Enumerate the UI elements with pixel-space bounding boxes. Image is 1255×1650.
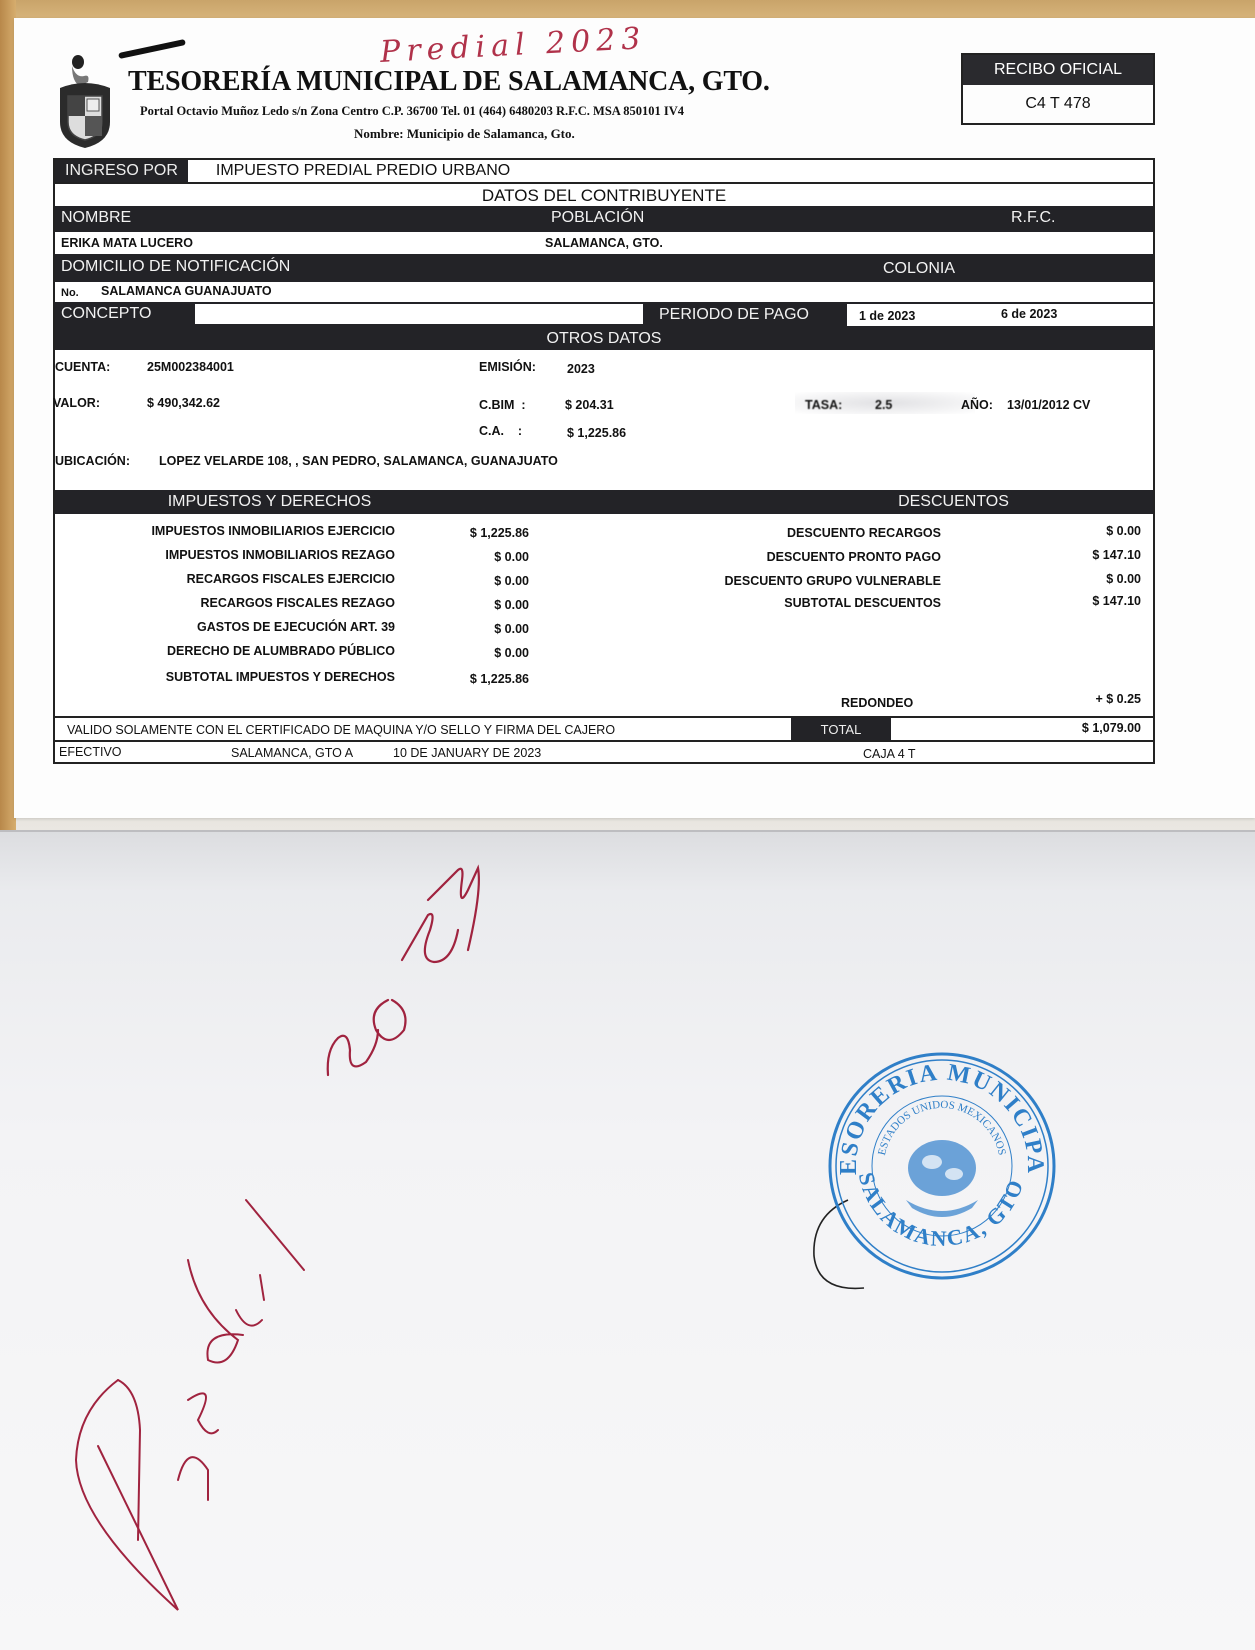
impuesto-label: RECARGOS FISCALES REZAGO xyxy=(201,596,395,610)
ubicacion-label: UBICACIÓN: xyxy=(55,454,130,468)
poblacion-value: SALAMANCA, GTO. xyxy=(545,236,663,250)
ubicacion-value: LOPEZ VELARDE 108, , SAN PEDRO, SALAMANC… xyxy=(159,454,558,468)
valor-value: $ 490,342.62 xyxy=(147,396,220,410)
concepto-value xyxy=(195,304,643,324)
redondeo-value: + $ 0.25 xyxy=(1095,692,1141,706)
contribuyente-header-row: NOMBRE POBLACIÓN R.F.C. xyxy=(55,206,1153,232)
descuento-label: DESCUENTO PRONTO PAGO xyxy=(767,550,941,564)
validez-row: VALIDO SOLAMENTE CON EL CERTIFICADO DE M… xyxy=(55,716,1153,740)
validez-text: VALIDO SOLAMENTE CON EL CERTIFICADO DE M… xyxy=(67,723,615,737)
receipt-number-box: RECIBO OFICIAL C4 T 478 xyxy=(961,53,1155,125)
no-label: No. xyxy=(61,287,79,299)
nombre-value: ERIKA MATA LUCERO xyxy=(61,236,193,250)
descuento-amount: $ 0.00 xyxy=(1106,572,1141,586)
issuer-address: Portal Octavio Muñoz Ledo s/n Zona Centr… xyxy=(140,104,860,119)
impuesto-label: SUBTOTAL IMPUESTOS Y DERECHOS xyxy=(166,670,395,684)
impuesto-label: GASTOS DE EJECUCIÓN ART. 39 xyxy=(197,620,395,634)
emision-value: 2023 xyxy=(567,362,595,376)
handwritten-word: Predial xyxy=(68,1180,308,1620)
impuesto-label: DERECHO DE ALUMBRADO PÚBLICO xyxy=(167,644,395,658)
tesoreria-seal-icon: TESORERIA MUNICIPAL SALAMANCA, GTO. ESTA… xyxy=(826,1050,1058,1282)
cbim-value: $ 204.31 xyxy=(565,398,614,412)
descuentos-title: DESCUENTOS xyxy=(604,490,1153,514)
ingreso-value: IMPUESTO PREDIAL PREDIO URBANO xyxy=(188,162,510,180)
emision-label: EMISIÓN: xyxy=(479,360,536,374)
ca-label: C.A. : xyxy=(479,424,522,438)
impuestos-descuentos-header: IMPUESTOS Y DERECHOS DESCUENTOS xyxy=(55,490,1153,514)
total-label: TOTAL xyxy=(791,718,891,740)
forma-pago: EFECTIVO xyxy=(59,745,122,759)
cuenta-label: CUENTA: xyxy=(55,360,110,374)
issuer-name: Nombre: Municipio de Salamanca, Gto. xyxy=(354,126,575,142)
impuesto-amount: $ 1,225.86 xyxy=(470,526,529,540)
descuento-amount: $ 147.10 xyxy=(1092,548,1141,562)
anio-value: 13/01/2012 CV xyxy=(1007,398,1090,412)
impuesto-label: IMPUESTOS INMOBILIARIOS EJERCICIO xyxy=(151,524,395,538)
otros-datos-title: OTROS DATOS xyxy=(55,330,1153,348)
impuesto-label: IMPUESTOS INMOBILIARIOS REZAGO xyxy=(165,548,395,562)
receipt-number: C4 T 478 xyxy=(963,85,1153,123)
ingreso-label: INGRESO POR xyxy=(55,160,188,182)
periodo-hasta: 6 de 2023 xyxy=(1001,307,1057,321)
total-value: $ 1,079.00 xyxy=(1082,721,1141,735)
impuesto-amount: $ 1,225.86 xyxy=(470,672,529,686)
descuento-label: SUBTOTAL DESCUENTOS xyxy=(784,596,941,610)
valor-label: VALOR: xyxy=(53,396,100,410)
anio-label: AÑO: xyxy=(961,398,993,412)
otros-datos-body: CUENTA: 25M002384001 EMISIÓN: 2023 VALOR… xyxy=(55,350,1153,490)
ingreso-row: INGRESO POR IMPUESTO PREDIAL PREDIO URBA… xyxy=(55,160,1153,182)
cbim-label: C.BIM : xyxy=(479,398,526,412)
tasa-label: TASA: xyxy=(805,398,842,412)
fecha-pago: 10 DE JANUARY DE 2023 xyxy=(393,746,541,760)
periodo-label: PERIODO DE PAGO xyxy=(659,306,809,324)
descuento-label: DESCUENTO RECARGOS xyxy=(787,526,941,540)
rfc-label: R.F.C. xyxy=(1011,209,1055,227)
colonia-label: COLONIA xyxy=(883,260,955,278)
domicilio-label: DOMICILIO DE NOTIFICACIÓN xyxy=(61,258,290,276)
otros-datos-header: OTROS DATOS xyxy=(55,328,1153,350)
domicilio-value: SALAMANCA GUANAJUATO xyxy=(101,284,272,298)
municipal-crest-icon xyxy=(54,52,116,150)
impuestos-descuentos-body: REDONDEO + $ 0.25 IMPUESTOS INMOBILIARIO… xyxy=(55,514,1153,716)
descuento-label: DESCUENTO GRUPO VULNERABLE xyxy=(725,574,941,588)
impuesto-amount: $ 0.00 xyxy=(494,646,529,660)
receipt-form: INGRESO POR IMPUESTO PREDIAL PREDIO URBA… xyxy=(53,158,1155,764)
redondeo-label: REDONDEO xyxy=(841,696,913,710)
descuento-amount: $ 147.10 xyxy=(1092,594,1141,608)
ca-value: $ 1,225.86 xyxy=(567,426,626,440)
caja: CAJA 4 T xyxy=(863,747,916,761)
descuento-amount: $ 0.00 xyxy=(1106,524,1141,538)
impuesto-label: RECARGOS FISCALES EJERCICIO xyxy=(187,572,395,586)
impuestos-title: IMPUESTOS Y DERECHOS xyxy=(55,490,604,514)
concepto-label: CONCEPTO xyxy=(61,305,151,323)
pago-row: EFECTIVO SALAMANCA, GTO A 10 DE JANUARY … xyxy=(55,740,1153,762)
domicilio-values-row: No. SALAMANCA GUANAJUATO xyxy=(55,282,1153,302)
contribuyente-values-row: ERIKA MATA LUCERO SALAMANCA, GTO. xyxy=(55,232,1153,254)
domicilio-header-row: DOMICILIO DE NOTIFICACIÓN COLONIA xyxy=(55,254,1153,282)
tasa-value: 2.5 xyxy=(875,398,892,412)
periodo-desde: 1 de 2023 xyxy=(859,309,915,323)
impuesto-amount: $ 0.00 xyxy=(494,550,529,564)
issuer-title: TESORERÍA MUNICIPAL DE SALAMANCA, GTO. xyxy=(128,66,868,98)
contribuyente-section-title: DATOS DEL CONTRIBUYENTE xyxy=(55,182,1153,206)
cuenta-value: 25M002384001 xyxy=(147,360,234,374)
impuesto-amount: $ 0.00 xyxy=(494,574,529,588)
poblacion-label: POBLACIÓN xyxy=(551,209,644,227)
concepto-row: CONCEPTO PERIODO DE PAGO 1 de 2023 6 de … xyxy=(55,302,1153,328)
handwritten-year: 2023 xyxy=(318,850,488,1080)
lugar-pago: SALAMANCA, GTO A xyxy=(231,746,353,760)
impuesto-amount: $ 0.00 xyxy=(494,598,529,612)
receipt-label: RECIBO OFICIAL xyxy=(963,55,1153,85)
nombre-label: NOMBRE xyxy=(61,209,131,227)
impuesto-amount: $ 0.00 xyxy=(494,622,529,636)
